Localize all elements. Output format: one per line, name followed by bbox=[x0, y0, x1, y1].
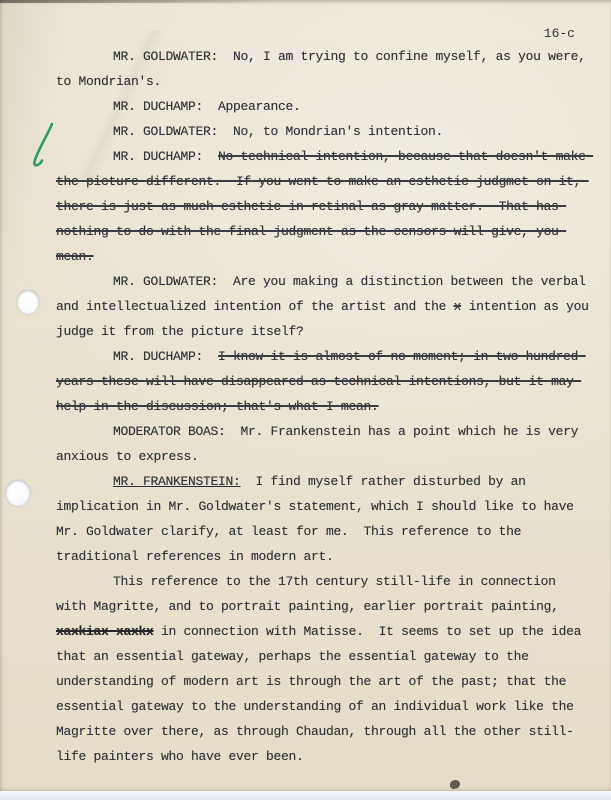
green-checkmark-icon bbox=[26, 121, 60, 173]
dialogue-text: This reference to the 17th century still… bbox=[56, 574, 566, 614]
dialogue-text: in connection with Matisse. It seems to … bbox=[56, 624, 589, 764]
transcript-paragraph: This reference to the 17th century still… bbox=[56, 569, 593, 769]
hole-punch bbox=[17, 290, 39, 314]
hole-punch bbox=[6, 480, 30, 506]
transcript-paragraph: MR. GOLDWATER: No, I am trying to confin… bbox=[56, 44, 593, 94]
dialogue-text: MR. DUCHAMP: Appearance. bbox=[113, 99, 301, 114]
speaker-label: MR. DUCHAMP: bbox=[113, 149, 218, 164]
transcript-body: MR. GOLDWATER: No, I am trying to confin… bbox=[56, 44, 593, 769]
paper-top-edge-shadow bbox=[0, 0, 275, 3]
struck-through-text: No technical intention, because that doe… bbox=[56, 149, 593, 264]
scanned-page: 16-c MR. GOLDWATER: No, I am trying to c… bbox=[0, 0, 611, 800]
transcript-paragraph: MR. GOLDWATER: Are you making a distinct… bbox=[56, 269, 593, 344]
dialogue-text: MR. GOLDWATER: No, I am trying to confin… bbox=[56, 49, 593, 89]
dialogue-text: MR. GOLDWATER: No, to Mondrian's intenti… bbox=[113, 124, 443, 139]
paper-sheet: 16-c MR. GOLDWATER: No, I am trying to c… bbox=[0, 0, 611, 791]
page-number: 16-c bbox=[544, 26, 575, 41]
transcript-paragraph: MODERATOR BOAS: Mr. Frankenstein has a p… bbox=[56, 419, 593, 469]
speaker-label: MR. DUCHAMP: bbox=[113, 349, 218, 364]
transcript-paragraph: MR. FRANKENSTEIN: I find myself rather d… bbox=[56, 469, 593, 569]
ink-smudge bbox=[450, 780, 460, 789]
transcript-paragraph: MR. GOLDWATER: No, to Mondrian's intenti… bbox=[56, 119, 593, 144]
transcript-paragraph: MR. DUCHAMP: I know it is almost of no m… bbox=[56, 344, 593, 419]
speaker-label-underlined: MR. FRANKENSTEIN: bbox=[113, 474, 241, 489]
scanner-background-strip bbox=[0, 791, 611, 800]
struck-through-text: x bbox=[454, 299, 462, 314]
dialogue-text: MODERATOR BOAS: Mr. Frankenstein has a p… bbox=[56, 424, 586, 464]
typed-over-text: xaxkiax xaxkx bbox=[56, 624, 154, 639]
transcript-paragraph: MR. DUCHAMP: No technical intention, bec… bbox=[56, 144, 593, 269]
transcript-paragraph: MR. DUCHAMP: Appearance. bbox=[56, 94, 593, 119]
